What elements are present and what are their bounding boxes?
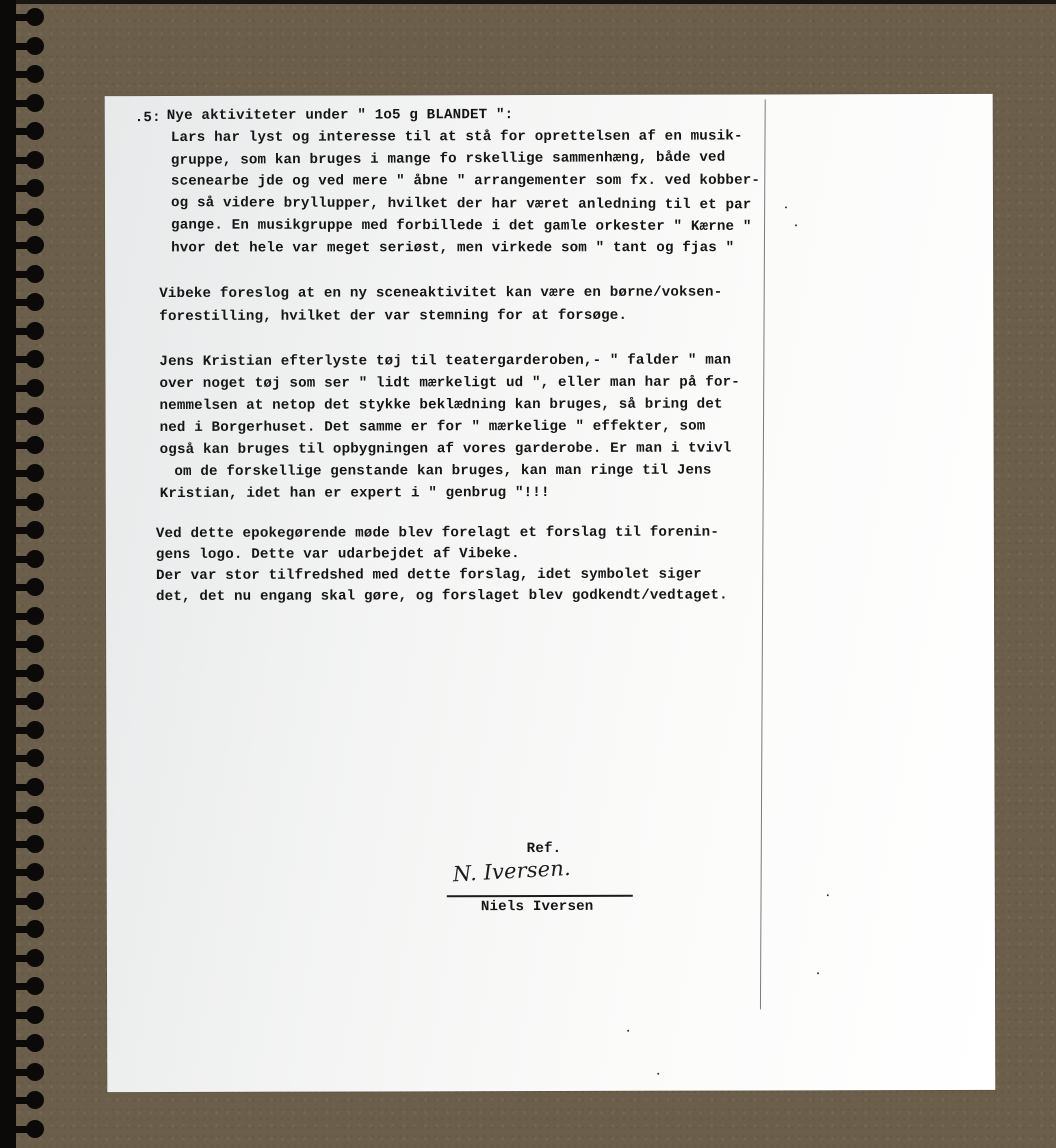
spiral-ring xyxy=(10,236,44,254)
spiral-ring xyxy=(10,37,44,55)
spiral-ring xyxy=(10,1120,44,1138)
typed-page: .5: Nye aktiviteter under " 1o5 g BLANDE… xyxy=(105,94,996,1092)
text-line: gruppe, som kan bruges i mange fo rskell… xyxy=(171,150,726,169)
dust-speck xyxy=(657,1073,659,1075)
text-line: gange. En musikgruppe med forbillede i d… xyxy=(171,217,752,235)
text-line: over noget tøj som ser " lidt mærkeligt … xyxy=(159,375,740,393)
text-line: gens logo. Dette var udarbejdet af Vibek… xyxy=(156,546,520,563)
spiral-ring xyxy=(10,208,44,226)
text-line: Ved dette epokegørende møde blev forelag… xyxy=(156,525,719,542)
section-heading: Nye aktiviteter under " 1o5 g BLANDET ": xyxy=(167,107,514,124)
spiral-ring xyxy=(10,65,44,83)
dust-speck xyxy=(827,894,829,896)
spiral-ring xyxy=(10,550,44,568)
spiral-ring xyxy=(10,151,44,169)
spiral-ring xyxy=(10,778,44,796)
text-line: Jens Kristian efterlyste tøj til teaterg… xyxy=(159,353,731,370)
spiral-ring xyxy=(10,949,44,967)
spiral-ring xyxy=(10,635,44,653)
spiral-ring xyxy=(10,806,44,824)
spiral-ring xyxy=(10,521,44,539)
spiral-binding-rings xyxy=(0,0,46,1148)
text-line: og så videre bryllupper, hvilket der har… xyxy=(171,195,752,213)
spiral-ring xyxy=(10,578,44,596)
text-line: hvor det hele var meget seriøst, men vir… xyxy=(171,240,734,256)
spiral-ring xyxy=(10,863,44,881)
spiral-ring xyxy=(10,835,44,853)
handwritten-signature: N. Iversen. xyxy=(452,856,571,886)
text-line: ned i Borgerhuset. Det samme er for " mæ… xyxy=(160,419,706,436)
spiral-ring xyxy=(10,493,44,511)
dust-speck xyxy=(785,206,787,208)
signature-line xyxy=(447,895,633,897)
spiral-ring xyxy=(10,122,44,140)
spiral-ring xyxy=(10,1063,44,1081)
text-line: Vibeke foreslog at en ny sceneaktivitet … xyxy=(159,285,722,302)
text-line: det, det nu engang skal gøre, og forslag… xyxy=(156,588,728,605)
dust-speck xyxy=(817,972,819,974)
text-line: Kristian, idet han er expert i " genbrug… xyxy=(160,485,550,502)
minutes-body: .5: Nye aktiviteter under " 1o5 g BLANDE… xyxy=(105,96,140,240)
text-line: Lars har lyst og interesse til at stå fo… xyxy=(171,128,743,145)
spiral-ring xyxy=(10,379,44,397)
spiral-ring xyxy=(10,1034,44,1052)
text-line: scenearbe jde og ved mere " åbne " arran… xyxy=(171,173,760,190)
spiral-ring xyxy=(10,892,44,910)
spiral-ring xyxy=(10,1091,44,1109)
spiral-ring xyxy=(10,265,44,283)
spiral-ring xyxy=(10,293,44,311)
spiral-ring xyxy=(10,94,44,112)
scan-top-edge xyxy=(0,0,1056,4)
spiral-ring xyxy=(10,721,44,739)
spiral-ring xyxy=(10,664,44,682)
spiral-ring xyxy=(10,322,44,340)
spiral-ring xyxy=(10,977,44,995)
spiral-ring xyxy=(10,464,44,482)
spiral-ring xyxy=(10,920,44,938)
item-number: .5: xyxy=(135,110,161,126)
dust-speck xyxy=(795,224,797,226)
spiral-ring xyxy=(10,607,44,625)
text-line: også kan bruges til opbygningen af vores… xyxy=(160,441,732,458)
spiral-ring xyxy=(10,692,44,710)
spiral-ring xyxy=(10,749,44,767)
page-crease-line xyxy=(760,99,766,1009)
signature-block: Ref. N. Iversen. Niels Iversen xyxy=(105,224,157,320)
spiral-ring xyxy=(10,436,44,454)
ref-label: Ref. xyxy=(527,841,562,857)
spiral-ring xyxy=(10,350,44,368)
dust-speck xyxy=(627,1030,629,1032)
text-line: om de forskellige genstande kan bruges, … xyxy=(166,463,712,480)
text-line: Der var stor tilfredshed med dette forsl… xyxy=(156,567,702,584)
signer-name: Niels Iversen xyxy=(481,899,594,915)
text-line: forestilling, hvilket der var stemning f… xyxy=(159,308,627,325)
spiral-ring xyxy=(10,8,44,26)
spiral-ring xyxy=(10,1006,44,1024)
spiral-ring xyxy=(10,179,44,197)
text-line: nemmelsen at netop det stykke beklædning… xyxy=(159,397,722,414)
spiral-ring xyxy=(10,407,44,425)
